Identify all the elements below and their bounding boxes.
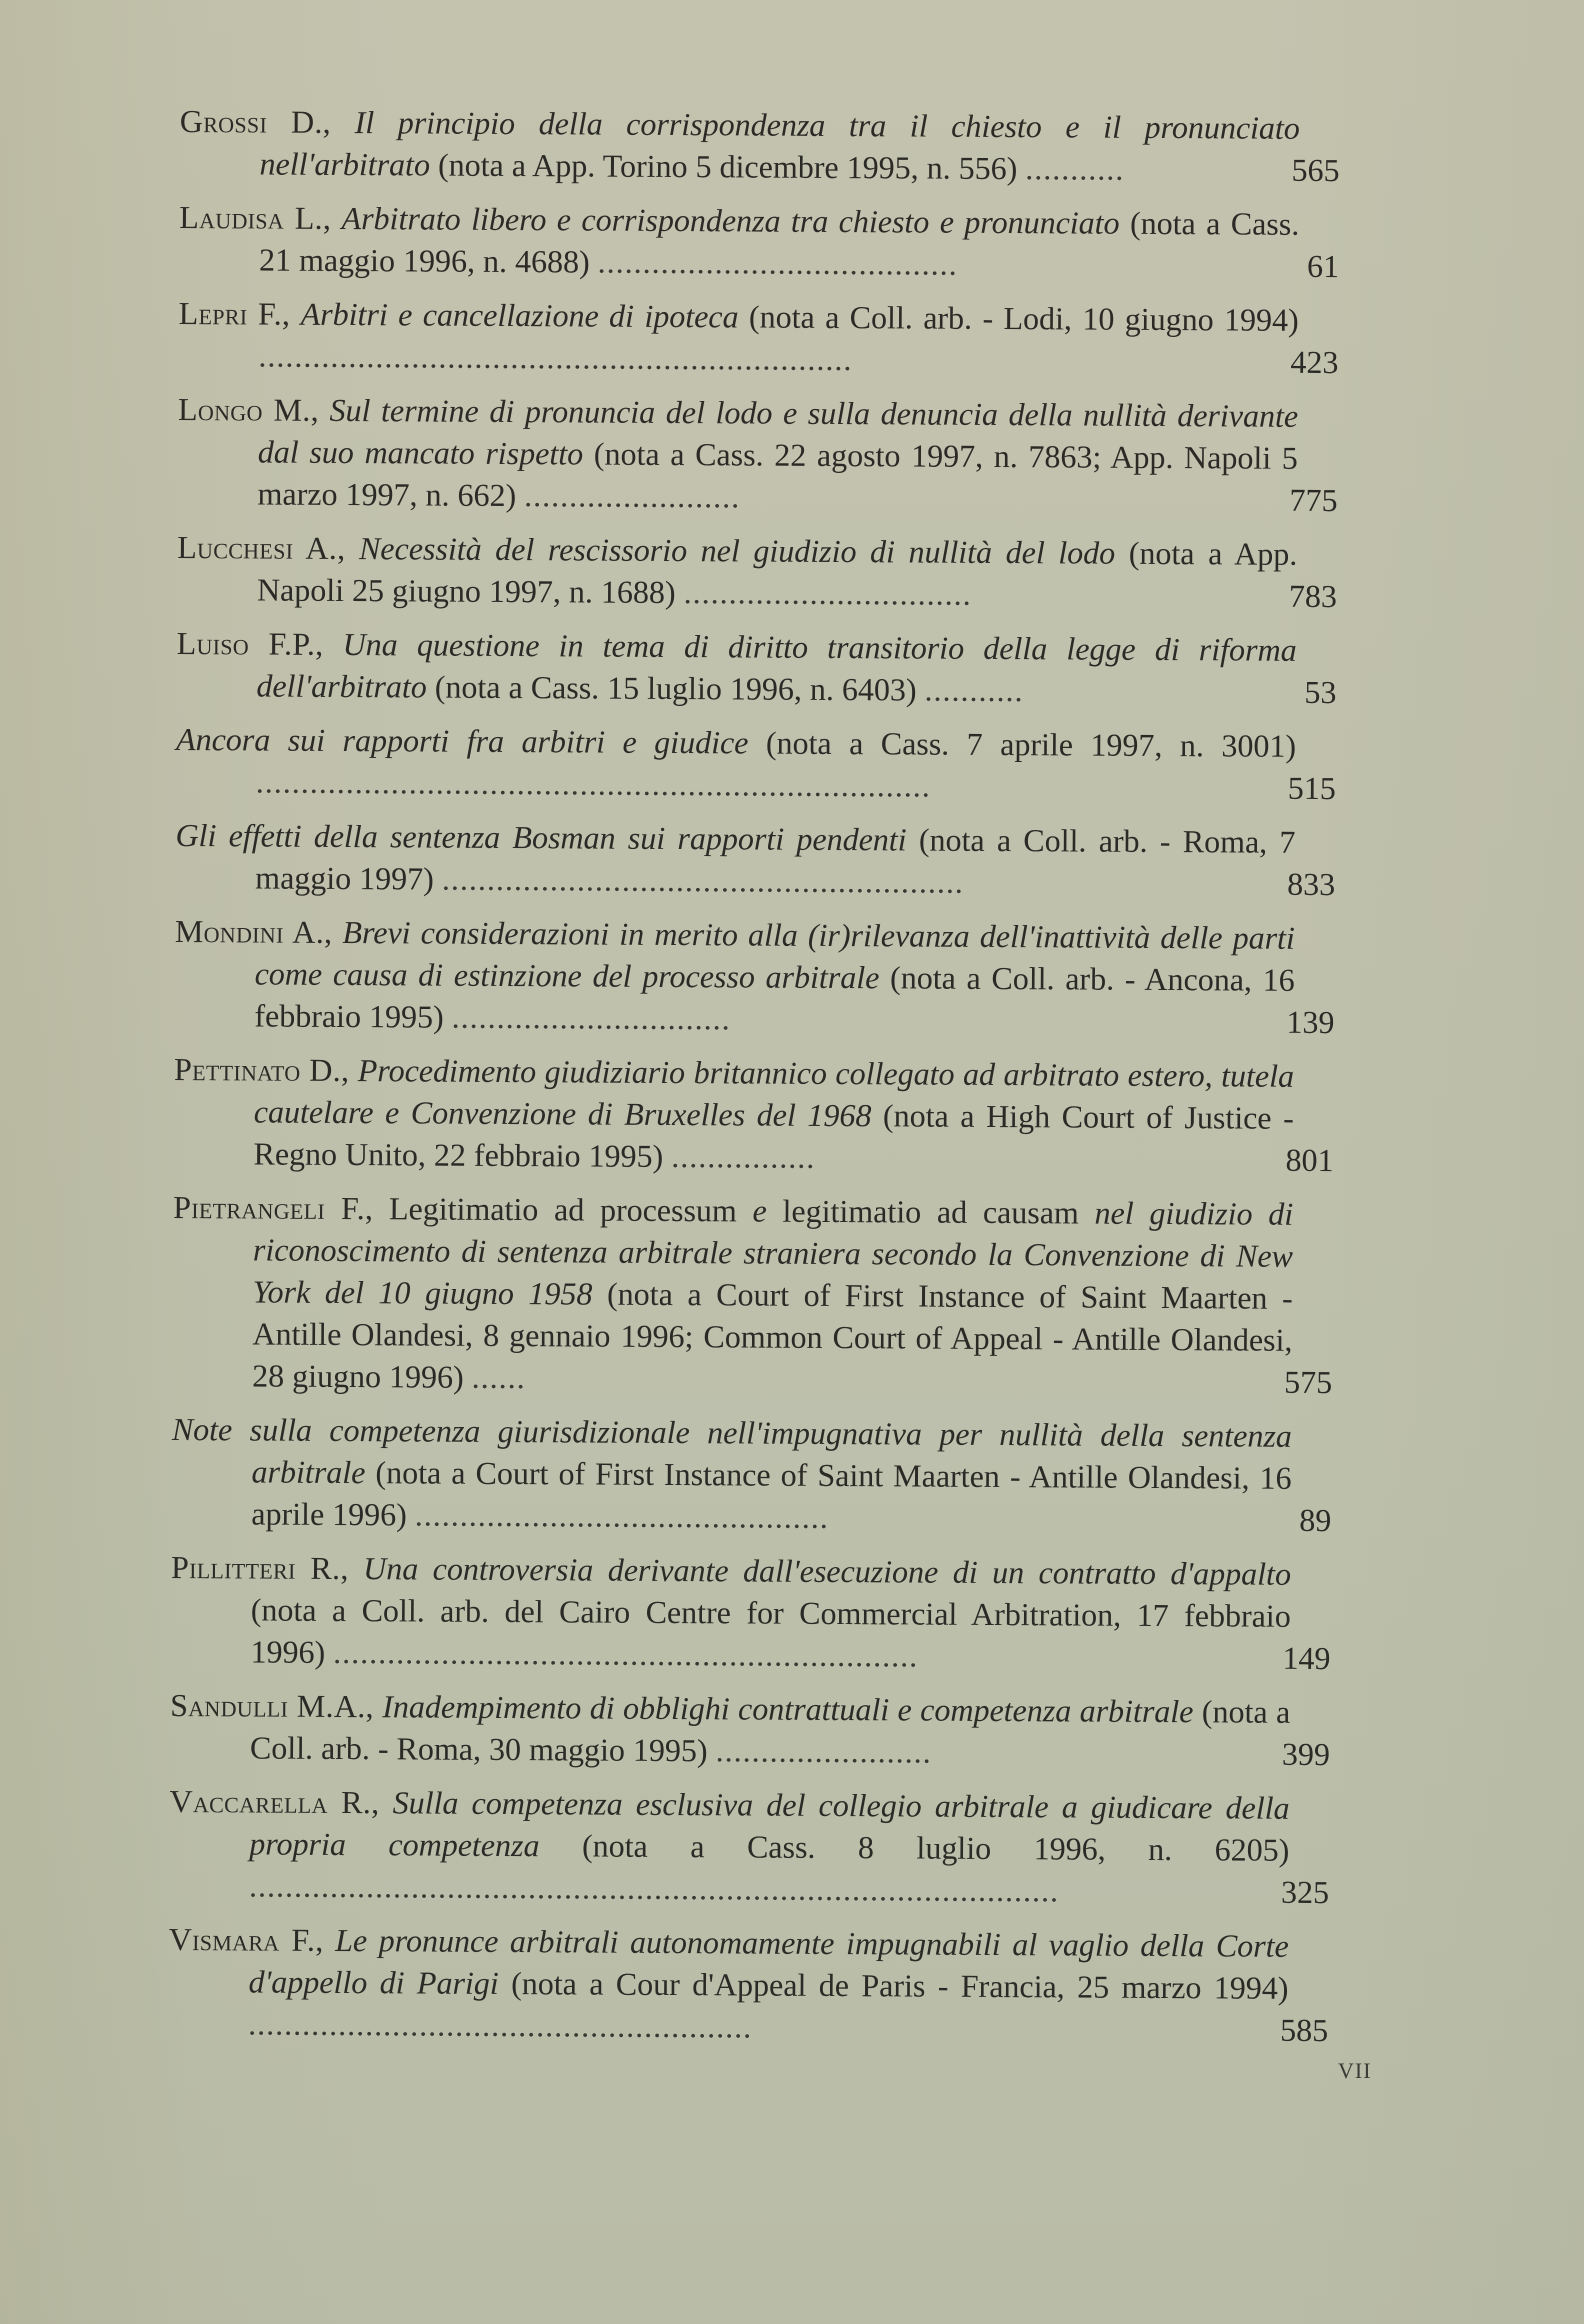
article-title: Arbitri e cancellazione di ipoteca xyxy=(301,296,739,335)
page-number: 325 xyxy=(1249,1871,1329,1913)
page-number: 89 xyxy=(1251,1499,1331,1541)
article-title-italic: e xyxy=(737,1192,783,1228)
article-title-roman: Legitimatio ad processum xyxy=(389,1190,737,1228)
page-number: 139 xyxy=(1254,1001,1334,1043)
page-number: 585 xyxy=(1248,2009,1328,2051)
page-number: 399 xyxy=(1250,1733,1330,1775)
article-title: Una controversia derivante dall'esecuzio… xyxy=(363,1550,1291,1592)
page-number: 61 xyxy=(1259,245,1339,287)
dot-leader: ........................................… xyxy=(258,337,852,377)
author-name: Longo M., xyxy=(178,391,319,428)
dot-leader: ........................................ xyxy=(598,244,958,282)
entry-text: Sandulli M.A., Inadempimento di obblighi… xyxy=(170,1684,1290,1775)
page-number: 515 xyxy=(1256,767,1336,809)
toc-entry: Mondini A., Brevi considerazioni in meri… xyxy=(174,910,1375,1043)
note-reference: (nota a Coll. arb. - Lodi, 10 giugno 199… xyxy=(749,298,1299,337)
article-title: Gli effetti della sentenza Bosman sui ra… xyxy=(175,817,906,857)
note-reference: (nota a Cass. 8 luglio 1996, n. 6205) xyxy=(582,1827,1290,1867)
toc-entry: Gli effetti della sentenza Bosman sui ra… xyxy=(175,814,1375,905)
dot-leader: ........................................… xyxy=(248,2005,752,2044)
author-name: Grossi D., xyxy=(180,103,331,140)
toc-entry: Note sulla competenza giurisdizionale ne… xyxy=(171,1408,1372,1541)
toc-entry: Lepri F., Arbitri e cancellazione di ipo… xyxy=(178,292,1378,383)
entry-text: Pietrangeli F., Legitimatio ad processum… xyxy=(172,1186,1293,1403)
entry-text: Laudisa L., Arbitrato libero e corrispon… xyxy=(179,196,1299,287)
toc-entry: Luiso F.P., Una questione in tema di dir… xyxy=(176,622,1376,713)
dot-leader: ...... xyxy=(472,1359,526,1395)
author-name: Pillitteri R., xyxy=(171,1549,349,1586)
note-reference: (nota a Cass. 15 luglio 1996, n. 6403) xyxy=(435,669,917,708)
article-title: Arbitrato libero e corrispondenza tra ch… xyxy=(342,200,1120,241)
entry-text: Longo M., Sul termine di pronuncia del l… xyxy=(177,388,1298,521)
page-number: 53 xyxy=(1256,671,1336,713)
toc-entry: Pietrangeli F., Legitimatio ad processum… xyxy=(172,1186,1373,1403)
entry-text: Vismara F., Le pronunce arbitrali autono… xyxy=(168,1918,1289,2051)
toc-entry: Pettinato D., Procedimento giudiziario b… xyxy=(173,1048,1374,1181)
dot-leader: ........................ xyxy=(716,1732,932,1769)
article-title: Ancora sui rapporti fra arbitri e giudic… xyxy=(176,721,749,760)
author-name: Vaccarella R., xyxy=(169,1783,379,1820)
page-number: 783 xyxy=(1257,575,1337,617)
table-of-contents: Grossi D., Il principio della corrispond… xyxy=(168,100,1380,2063)
entry-text: Luiso F.P., Una questione in tema di dir… xyxy=(176,622,1296,713)
author-name: Lucchesi A., xyxy=(177,529,345,566)
note-reference: (nota a App. Torino 5 dicembre 1995, n. … xyxy=(438,147,1017,187)
entry-text: Ancora sui rapporti fra arbitri e giudic… xyxy=(176,718,1296,809)
toc-entry: Vaccarella R., Sulla competenza esclusiv… xyxy=(169,1780,1370,1913)
author-name: Mondini A., xyxy=(175,913,333,950)
note-reference: (nota a Cass. 7 aprile 1997, n. 3001) xyxy=(766,725,1296,764)
article-title: Necessità del rescissorio nel giudizio d… xyxy=(359,530,1115,571)
note-reference: (nota a Cour d'Appeal de Paris - Francia… xyxy=(511,1965,1289,2006)
dot-leader: ............................... xyxy=(452,999,731,1037)
page-number: 775 xyxy=(1257,479,1337,521)
entry-text: Lepri F., Arbitri e cancellazione di ipo… xyxy=(178,292,1298,383)
entry-text: Gli effetti della sentenza Bosman sui ra… xyxy=(175,814,1295,905)
toc-entry: Laudisa L., Arbitrato libero e corrispon… xyxy=(179,196,1379,287)
page-number: 801 xyxy=(1253,1139,1333,1181)
dot-leader: ........................................… xyxy=(249,1867,1059,1908)
article-title: Inadempimento di obblighi contrattuali e… xyxy=(382,1688,1193,1729)
entry-text: Pettinato D., Procedimento giudiziario b… xyxy=(173,1048,1294,1181)
entry-text: Vaccarella R., Sulla competenza esclusiv… xyxy=(169,1780,1290,1913)
author-name: Laudisa L., xyxy=(179,199,331,236)
toc-entry: Vismara F., Le pronunce arbitrali autono… xyxy=(168,1918,1369,2051)
page-number: 149 xyxy=(1250,1637,1330,1679)
dot-leader: ........................................… xyxy=(333,1634,918,1674)
toc-entry: Longo M., Sul termine di pronuncia del l… xyxy=(177,388,1378,521)
toc-entry: Ancora sui rapporti fra arbitri e giudic… xyxy=(176,718,1376,809)
dot-leader: ........................ xyxy=(524,477,740,514)
author-name: Vismara F., xyxy=(169,1921,324,1958)
dot-leader: ........... xyxy=(924,672,1023,709)
author-name: Pettinato D., xyxy=(174,1051,349,1088)
dot-leader: ........... xyxy=(1025,150,1124,187)
dot-leader: ........................................… xyxy=(256,763,931,803)
entry-text: Mondini A., Brevi considerazioni in meri… xyxy=(174,910,1295,1043)
entry-text: Grossi D., Il principio della corrispond… xyxy=(179,100,1299,191)
page-number: 423 xyxy=(1258,341,1338,383)
entry-text: Lucchesi A., Necessità del rescissorio n… xyxy=(177,526,1297,617)
dot-leader: ........................................… xyxy=(415,1496,829,1535)
page-number: 833 xyxy=(1255,863,1335,905)
article-title-roman: legitimatio ad causam xyxy=(782,1193,1079,1231)
page-folio: VII xyxy=(1338,2058,1372,2084)
toc-entry: Pillitteri R., Una controversia derivant… xyxy=(170,1546,1371,1679)
dot-leader: ........................................… xyxy=(442,861,964,900)
author-name: Luiso F.P., xyxy=(177,625,324,662)
entry-text: Note sulla competenza giurisdizionale ne… xyxy=(171,1408,1292,1541)
toc-entry: Grossi D., Il principio della corrispond… xyxy=(179,100,1379,191)
dot-leader: ................ xyxy=(671,1138,815,1175)
entry-text: Pillitteri R., Una controversia derivant… xyxy=(170,1546,1291,1679)
author-name: Sandulli M.A., xyxy=(170,1687,374,1724)
author-name: Lepri F., xyxy=(179,295,291,332)
toc-entry: Sandulli M.A., Inadempimento di obblighi… xyxy=(170,1684,1370,1775)
page-number: 575 xyxy=(1252,1361,1332,1403)
page-number: 565 xyxy=(1259,149,1339,191)
dot-leader: ................................ xyxy=(684,574,972,612)
author-name: Pietrangeli F., xyxy=(173,1189,373,1226)
toc-entry: Lucchesi A., Necessità del rescissorio n… xyxy=(177,526,1377,617)
